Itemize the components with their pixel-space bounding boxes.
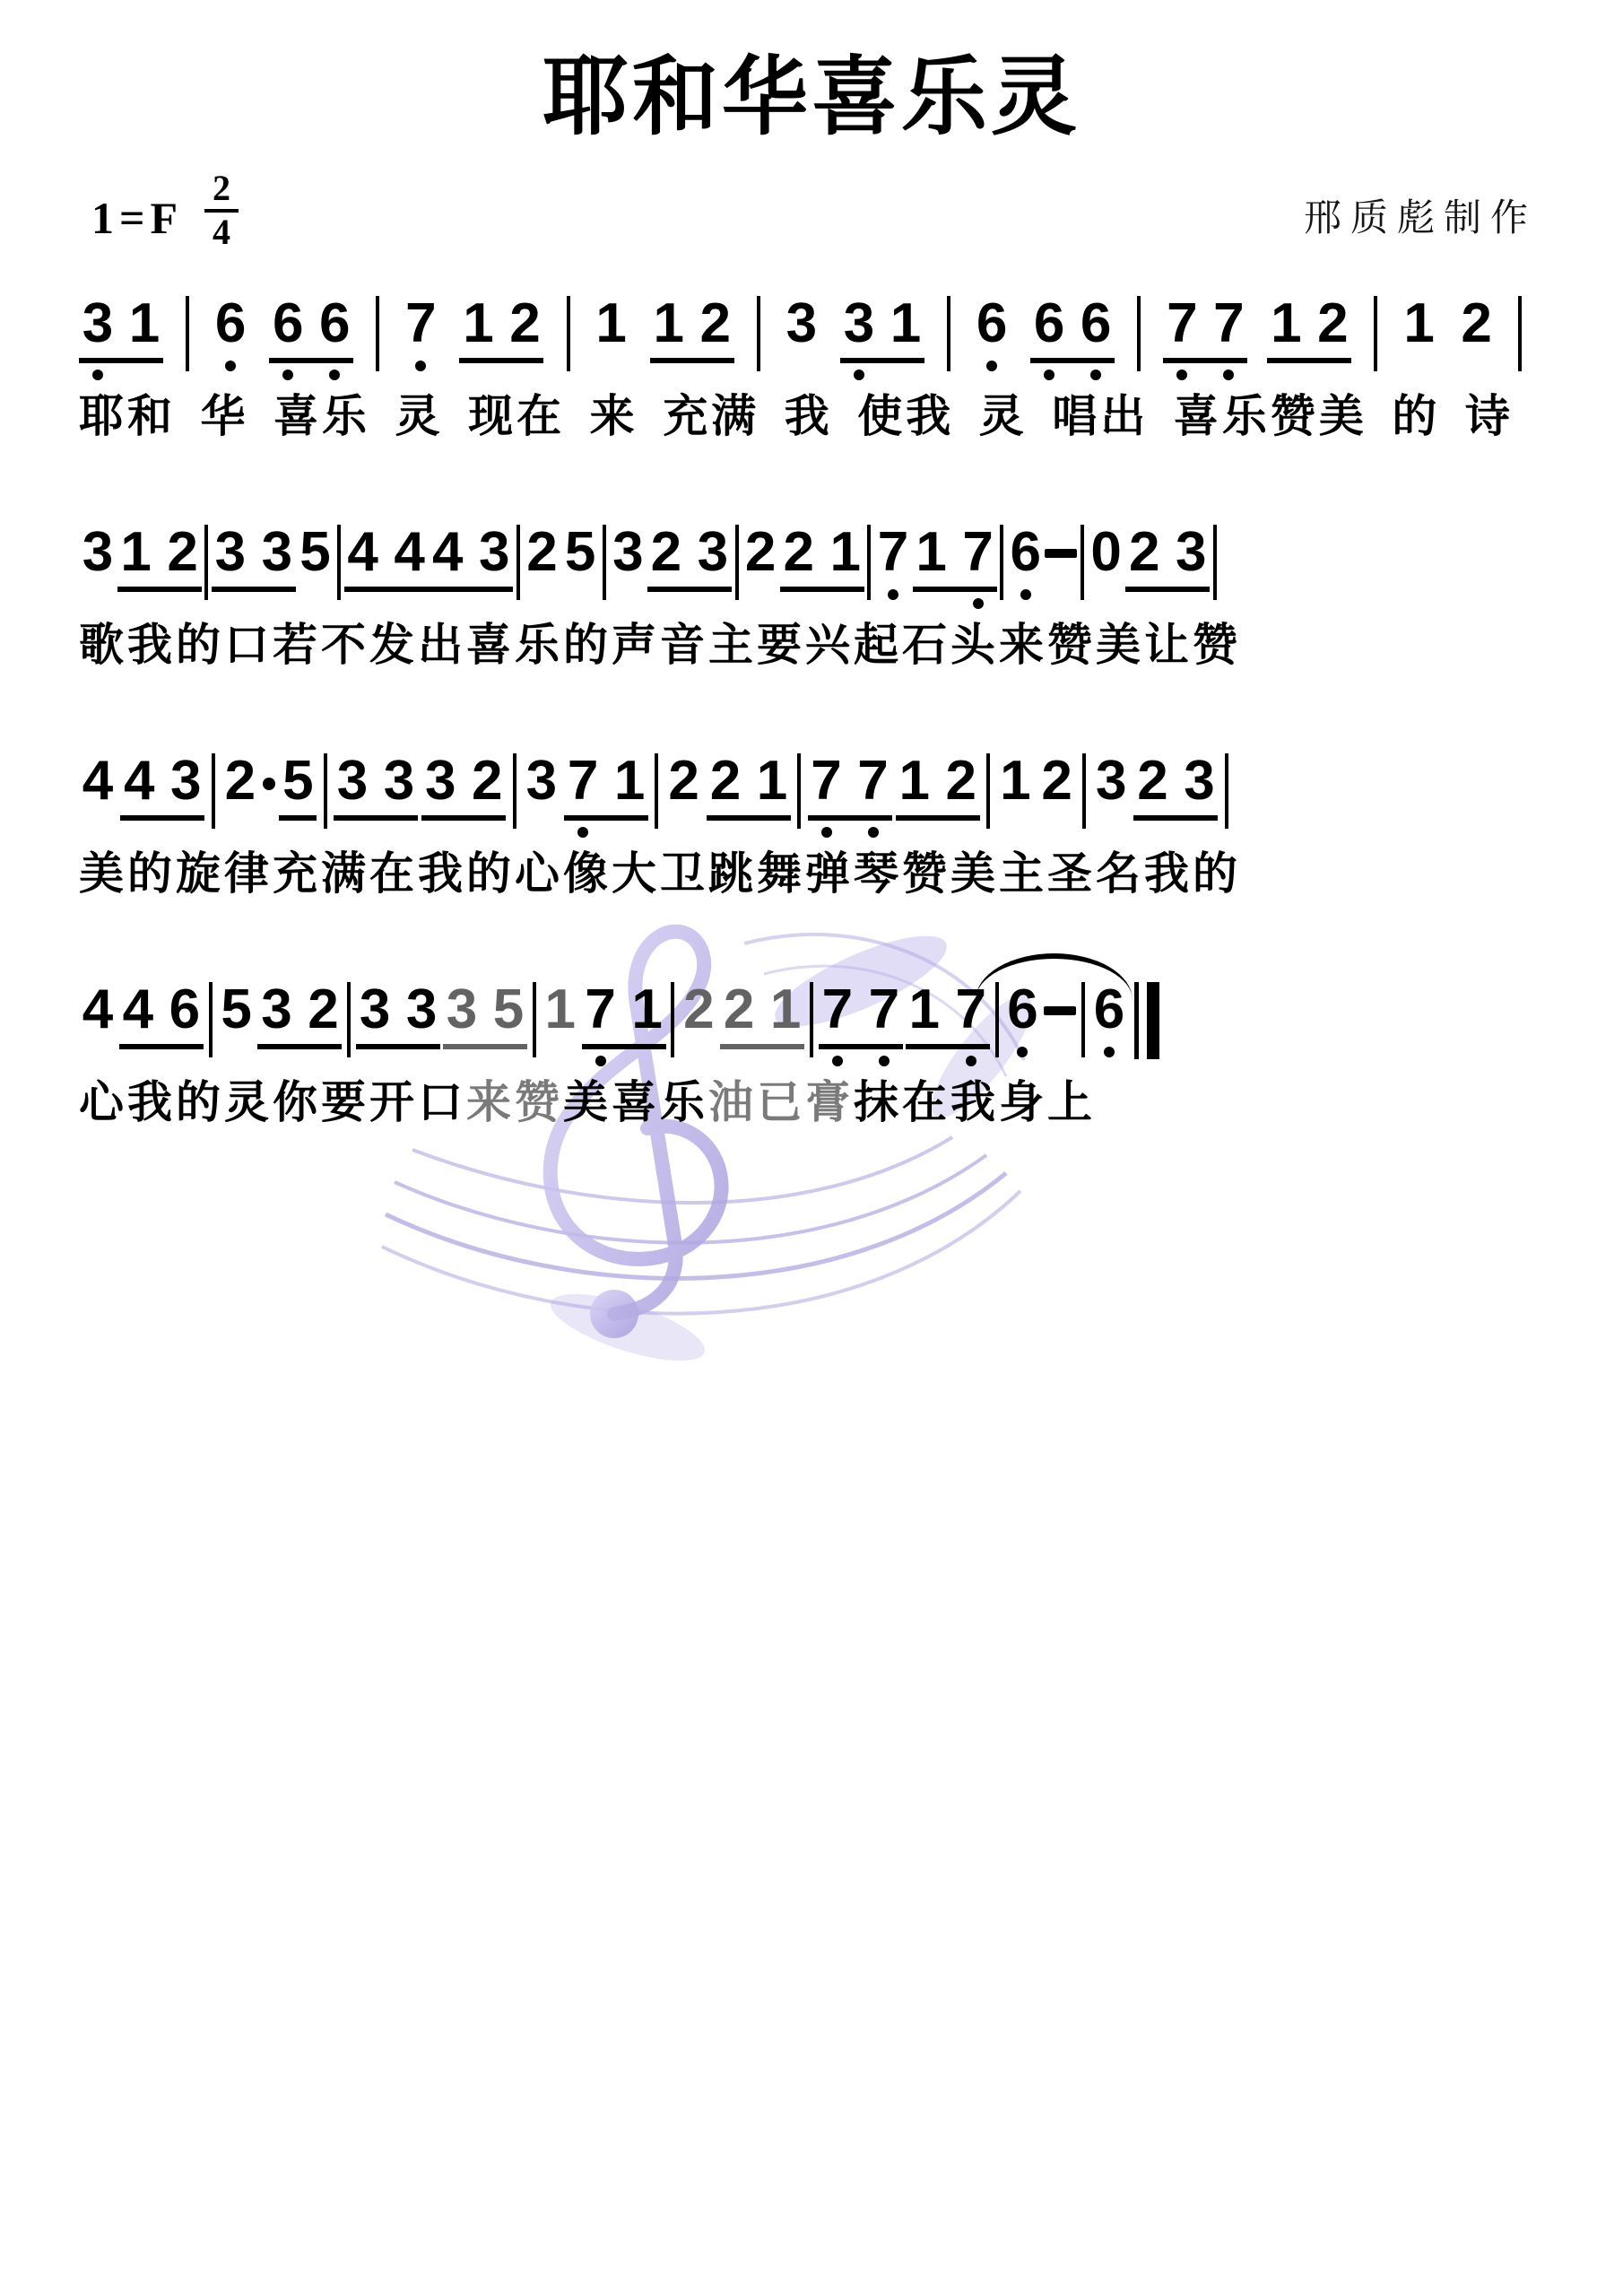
note-digit: 2 (525, 525, 559, 580)
octave-dot-slot (649, 598, 683, 610)
barline (671, 982, 674, 1057)
time-signature-denominator: 4 (213, 214, 230, 251)
duration-dash (1045, 549, 1077, 558)
barline (986, 753, 990, 829)
beam-group: 12 (650, 296, 734, 381)
octave-dot-row (650, 370, 734, 381)
beam-underline: 66 (269, 296, 353, 363)
octave-dot-slot (743, 589, 777, 601)
note-digit: 1 (889, 296, 923, 352)
octave-dot-slot (122, 827, 156, 839)
barline (757, 296, 760, 371)
octave-dot-row (212, 598, 296, 610)
note: 1 (996, 753, 1034, 830)
octave-dot-slot (335, 827, 369, 839)
octave-dot-slot (768, 1056, 803, 1067)
key-signature: 1=F 2 4 (91, 178, 239, 258)
octave-dot-slot (220, 1047, 254, 1058)
octave-dot-slot (223, 818, 257, 830)
note-digit: 2 (782, 525, 816, 580)
octave-dot-slot (820, 1056, 855, 1067)
octave-dot-row (79, 818, 117, 830)
lyrics-row: 美的旋律充满在我的心像大卫跳舞弹琴赞美主圣名我的 (79, 849, 1222, 899)
beam-underline: 32 (257, 982, 342, 1049)
octave-dot (986, 361, 997, 371)
beam-group: 43 (120, 753, 204, 839)
octave-dot-row (647, 598, 732, 610)
lyric-chunk: 主要 (708, 621, 805, 670)
beam-underline: 33 (212, 525, 296, 592)
octave-dot-row (334, 827, 418, 839)
systems: 31666712112331666771212耶和华喜乐灵现在来充满我使我灵唱出… (79, 296, 1524, 1211)
note-digit: 7 (876, 525, 910, 580)
octave-dot-slot (975, 361, 1009, 372)
octave-dot (225, 361, 236, 371)
note-digit: 0 (1089, 525, 1124, 580)
barline (1225, 753, 1228, 829)
lyric-chunk: 弹琴赞美 (805, 849, 999, 899)
note-digit: 7 (961, 525, 995, 580)
barline (324, 753, 327, 829)
octave-dot (868, 827, 879, 838)
note-digit: 3 (382, 753, 416, 809)
lyric-chunk: 美 (79, 849, 127, 899)
barline (810, 982, 813, 1057)
octave-dot-slot (785, 361, 819, 372)
octave-dot-slot (630, 1056, 664, 1067)
beam-group: 32 (421, 753, 506, 839)
lyric-chunk: 音 (660, 621, 708, 670)
octave-dot (1223, 370, 1234, 380)
beam-group: 21 (720, 982, 804, 1067)
beam-underline: 23 (1125, 525, 1210, 592)
octave-dot-row (1133, 827, 1218, 839)
octave-dot-slot (81, 370, 115, 381)
note-digit: 6 (1009, 525, 1043, 580)
lyric-chunk: 让赞 (1144, 621, 1241, 670)
beam-group: 71 (564, 753, 648, 839)
beam-underline: 66 (1030, 296, 1115, 363)
credit-text: 邢质彪制作 (1304, 188, 1537, 242)
octave-dot-slot (430, 598, 464, 610)
note-digit: 3 (696, 525, 730, 580)
octave-dot-slot (491, 1056, 525, 1067)
barline (337, 525, 341, 600)
lyric-chunk: 灵 (979, 392, 1028, 441)
note-digit: 1 (127, 296, 161, 352)
music-system: 4465323335171221771766心我的灵你要开口来赞美喜乐油已膏抹在… (79, 982, 1524, 1127)
note-digit: 6 (1079, 296, 1113, 352)
octave-dot-slot (954, 1056, 988, 1067)
note: 2 (221, 753, 259, 830)
octave-dot-slot (1127, 598, 1161, 610)
note: 2 (1038, 753, 1076, 830)
octave-dot-slot (404, 1056, 438, 1067)
note-digit: 7 (1165, 296, 1199, 352)
note-digit: 3 (477, 525, 511, 580)
note-digit: 7 (584, 982, 618, 1038)
octave-dot-slot (566, 827, 600, 839)
note-digit: 1 (119, 525, 153, 580)
lyric-chunk: 起石 (854, 621, 950, 670)
note-digit: 4 (81, 982, 115, 1038)
note: 5 (218, 982, 256, 1058)
beam-group: 12 (117, 525, 202, 610)
octave-dot-row (780, 598, 864, 610)
beam-underline: 12 (117, 525, 202, 592)
octave-dot-row (523, 589, 560, 601)
music-system: 443253332371221771212323美的旋律充满在我的心像大卫跳舞弹… (79, 753, 1524, 899)
octave-dot-slot (1211, 370, 1245, 381)
octave-dot (92, 370, 103, 380)
octave-dot-row (1267, 370, 1351, 381)
octave-dot-slot (755, 827, 789, 839)
octave-dot-row (443, 1056, 527, 1067)
barline (797, 753, 801, 829)
octave-dot (832, 1056, 843, 1066)
octave-dot-slot (563, 589, 597, 601)
octave-dot-slot (346, 598, 380, 610)
note-digit: 2 (667, 753, 701, 809)
lyric-chunk: 喜乐 (612, 1078, 708, 1127)
sheet-music-page: 耶和华喜乐灵 1=F 2 4 邢质彪制作 31666712112331 (0, 0, 1623, 2296)
notes-row: 31666712112331666771212 (79, 296, 1524, 381)
note-digit: 6 (975, 296, 1009, 352)
octave-dot-row (221, 818, 259, 830)
octave-dot-row (742, 589, 779, 601)
beam-group: 66 (1030, 296, 1115, 381)
beam-group: 12 (459, 296, 543, 381)
octave-dot (821, 827, 832, 838)
lyric-chunk: 油 (708, 1078, 757, 1127)
octave-dot-slot (525, 818, 559, 830)
beam-group: 33 (334, 753, 418, 839)
lyric-chunk: 诗 (1465, 392, 1514, 441)
beam-underline: 33 (356, 982, 440, 1049)
note-digit: 5 (220, 982, 254, 1038)
lyric-chunk: 喜乐赞美 (1174, 392, 1367, 441)
octave-dot (595, 1056, 606, 1066)
octave-dot-slot (393, 598, 427, 610)
note-digit: 7 (820, 982, 855, 1038)
lyric-chunk: 灵 (224, 1078, 273, 1127)
note: 3 (783, 296, 820, 372)
beam-underline: 43 (120, 753, 204, 821)
note: 3 (1092, 753, 1130, 830)
note-digit: 2 (1315, 296, 1350, 352)
octave-dot-slot (127, 370, 161, 381)
octave-dot-row (257, 1056, 342, 1067)
beam-group: 5 (279, 753, 317, 839)
beam-underline: 21 (780, 525, 864, 592)
octave-dot-slot (423, 827, 457, 839)
lyric-chunk: 兴 (805, 621, 854, 670)
lyric-chunk: 像大 (563, 849, 660, 899)
note-digit: 2 (470, 753, 504, 809)
beam-group: 12 (896, 753, 980, 839)
beam-underline: 32 (421, 753, 506, 821)
octave-dot-row (1030, 370, 1115, 381)
barline (1000, 525, 1003, 600)
final-barline-thin (1134, 982, 1139, 1059)
octave-dot (1104, 1047, 1115, 1057)
note-digit: 3 (358, 982, 392, 1038)
note-digit: 2 (306, 982, 340, 1038)
note-digit: 3 (81, 296, 115, 352)
octave-dot (1020, 589, 1031, 600)
note-digit: 4 (393, 525, 427, 580)
barline (516, 525, 520, 600)
octave-dot-slot (612, 827, 647, 839)
note-digit: 3 (1182, 753, 1216, 809)
octave-dot-slot (810, 827, 844, 839)
lyric-chunk: 喜乐 (273, 392, 370, 441)
note-digit: 3 (259, 982, 293, 1038)
octave-dot-slot (1182, 827, 1216, 839)
octave-dot-row (1401, 361, 1438, 372)
note-digit: 3 (1094, 753, 1128, 809)
octave-dot-slot (81, 818, 115, 830)
octave-dot-row (1090, 1047, 1128, 1058)
octave-dot-row (218, 1047, 256, 1058)
octave-dot-row (1007, 589, 1045, 601)
note-digit: 1 (630, 982, 664, 1038)
final-barline-thick (1147, 982, 1159, 1059)
octave-dot-slot (358, 1056, 392, 1067)
beam-group: 31 (79, 296, 163, 381)
octave-dot-row (808, 827, 892, 839)
time-signature-numerator: 2 (213, 170, 230, 207)
song-title: 耶和华喜乐灵 (0, 50, 1623, 145)
octave-dot-slot (404, 361, 438, 372)
note: 7 (874, 525, 912, 601)
octave-dot-row (1163, 370, 1247, 381)
note-digit: 1 (652, 296, 686, 352)
note-digit: 7 (404, 296, 438, 352)
barline (204, 525, 208, 600)
music-system: 3123354443253232217176023歌我的口若不发出喜乐的声音主要… (79, 525, 1524, 670)
augmentation-dot (263, 778, 275, 790)
note-digit: 1 (915, 525, 949, 580)
octave-dot-slot (1402, 361, 1436, 372)
lyric-chunk: 抹在我身 (854, 1078, 1047, 1127)
octave-dot (415, 361, 426, 371)
lyric-chunk: 的旋 (127, 849, 224, 899)
octave-dot-row (973, 361, 1011, 372)
octave-dot-slot (81, 589, 115, 601)
octave-dot-row (542, 1047, 579, 1058)
lyric-chunk: 耶和 (79, 392, 176, 441)
octave-dot-row (1092, 818, 1130, 830)
octave-dot-row (79, 1047, 117, 1058)
octave-dot-row (344, 598, 429, 610)
note-digit: 5 (491, 982, 525, 1038)
beam-underline: 31 (840, 296, 924, 363)
beam-underline: 17 (913, 525, 997, 592)
note-digit: 5 (563, 525, 597, 580)
tie-arc (976, 953, 1133, 1000)
key-signature-text: 1=F (91, 192, 183, 244)
octave-dot-row (79, 370, 163, 381)
beam-group: 77 (808, 753, 892, 839)
octave-dot-slot (1315, 370, 1350, 381)
octave-dot-slot (166, 598, 200, 610)
octave-dot-slot (470, 827, 504, 839)
octave-dot-slot (595, 361, 629, 372)
octave-dot-slot (889, 370, 923, 381)
octave-dot-row (665, 818, 703, 830)
lyric-chunk: 华 (201, 392, 249, 441)
octave-dot-row (1038, 818, 1076, 830)
time-signature: 2 4 (204, 170, 239, 251)
octave-dot-row (819, 1056, 903, 1067)
note: 4 (79, 982, 117, 1058)
barline (186, 296, 189, 371)
beam-group: 23 (1133, 753, 1218, 839)
beam-underline: 43 (429, 525, 513, 592)
octave-dot-row (840, 370, 924, 381)
lyric-chunk: 的 (563, 621, 612, 670)
beam-group: 23 (1125, 525, 1210, 610)
note-digit: 2 (223, 753, 257, 809)
note-digit: 1 (543, 982, 577, 1038)
octave-dot-row (564, 827, 648, 839)
octave-dot-slot (119, 598, 153, 610)
octave-dot-slot (782, 598, 816, 610)
octave-dot (577, 827, 588, 838)
octave-dot (966, 1056, 976, 1066)
beam-underline: 71 (582, 982, 666, 1049)
beam-group: 33 (212, 525, 296, 610)
note-digit: 3 (525, 753, 559, 809)
barline (1081, 525, 1084, 600)
lyric-chunk: 我的 (1144, 849, 1241, 899)
note-digit: 2 (722, 982, 756, 1038)
lyrics-row: 心我的灵你要开口来赞美喜乐油已膏抹在我身上 (79, 1078, 1094, 1127)
barline (603, 525, 606, 600)
octave-dot-slot (461, 370, 495, 381)
beam-underline: 77 (1163, 296, 1247, 363)
octave-dot-row (1458, 361, 1496, 372)
octave-dot-slot (722, 1056, 756, 1067)
note-digit: 3 (404, 982, 438, 1038)
octave-dot-slot (898, 827, 932, 839)
notes-row: 443253332371221771212323 (79, 753, 1231, 839)
lyric-chunk: 充 (273, 849, 321, 899)
barline (1518, 296, 1522, 371)
note-digit: 3 (842, 296, 876, 352)
octave-dot-row (356, 1056, 440, 1067)
note-digit: 2 (681, 982, 716, 1038)
octave-dot-row (120, 827, 204, 839)
octave-dot-slot (1174, 598, 1208, 610)
beam-underline: 12 (459, 296, 543, 363)
note: 3 (609, 525, 647, 601)
octave-dot-slot (998, 818, 1032, 830)
beam-group: 23 (647, 525, 732, 610)
lyric-chunk: 你要 (273, 1078, 369, 1127)
octave-dot-slot (121, 1056, 155, 1067)
octave-dot-row (609, 589, 647, 601)
lyric-chunk: 圣 (1047, 849, 1096, 899)
octave-dot (879, 1056, 890, 1066)
note-digit: 2 (1135, 753, 1169, 809)
octave-dot-row (421, 827, 506, 839)
beam-underline: 12 (650, 296, 734, 363)
note-digit: 1 (595, 296, 629, 352)
octave-dot-slot (445, 1056, 479, 1067)
octave-dot-slot (260, 598, 294, 610)
note-digit: 3 (169, 753, 203, 809)
beam-group: 33 (356, 982, 440, 1067)
note-digit: 1 (1402, 296, 1436, 352)
octave-dot-slot (1005, 1047, 1039, 1058)
beam-underline: 44 (344, 525, 429, 592)
barline (947, 296, 950, 371)
lyric-chunk: 现在 (468, 392, 565, 441)
notes-row: 4465323335171221771766 (79, 982, 1159, 1067)
music-system: 31666712112331666771212耶和华喜乐灵现在来充满我使我灵唱出… (79, 296, 1524, 441)
barline (347, 982, 351, 1057)
note-digit: 2 (508, 296, 542, 352)
lyric-chunk: 我 (785, 392, 833, 441)
octave-dot-slot (867, 1056, 901, 1067)
note-digit: 2 (743, 525, 777, 580)
octave-dot-slot (876, 589, 910, 601)
octave-dot-slot (961, 598, 995, 610)
barline (1374, 296, 1377, 371)
octave-dot (854, 370, 864, 380)
lyric-chunk: 灵 (395, 392, 444, 441)
lyric-chunk: 开口 (369, 1078, 466, 1127)
duration-dash (1044, 1006, 1076, 1015)
note-digit: 1 (1269, 296, 1303, 352)
beam-underline: 77 (819, 982, 903, 1049)
octave-dot-slot (317, 370, 352, 381)
lyric-chunk: 使我 (857, 392, 954, 441)
octave-dot-slot (1040, 818, 1074, 830)
octave-dot-row (561, 589, 599, 601)
beam-underline: 21 (720, 982, 804, 1049)
octave-dot-row (279, 827, 317, 839)
octave-dot-row (996, 818, 1034, 830)
octave-dot-slot (213, 598, 247, 610)
octave-dot-row (79, 589, 117, 601)
note-digit: 5 (281, 753, 315, 809)
octave-dot-row (296, 589, 334, 601)
barline (513, 753, 516, 829)
barline (735, 525, 739, 600)
octave-dot-row (459, 370, 543, 381)
beam-group: 17 (913, 525, 997, 610)
note-digit: 1 (768, 982, 803, 1038)
note: 1 (1401, 296, 1438, 372)
octave-dot-slot (1032, 370, 1066, 381)
octave-dot-slot (944, 827, 978, 839)
lyric-chunk: 声 (612, 621, 660, 670)
beam-underline: 35 (443, 982, 527, 1049)
octave-dot-slot (1460, 361, 1494, 372)
note: 1 (542, 982, 579, 1058)
octave-dot (1044, 370, 1055, 380)
octave-dot-row (429, 598, 513, 610)
note: 0 (1088, 525, 1125, 601)
note-digit: 6 (168, 982, 202, 1038)
lyric-chunk: 歌 (79, 621, 127, 670)
note-digit: 7 (810, 753, 844, 809)
octave-dot-slot (382, 827, 416, 839)
note-digit: 3 (785, 296, 819, 352)
